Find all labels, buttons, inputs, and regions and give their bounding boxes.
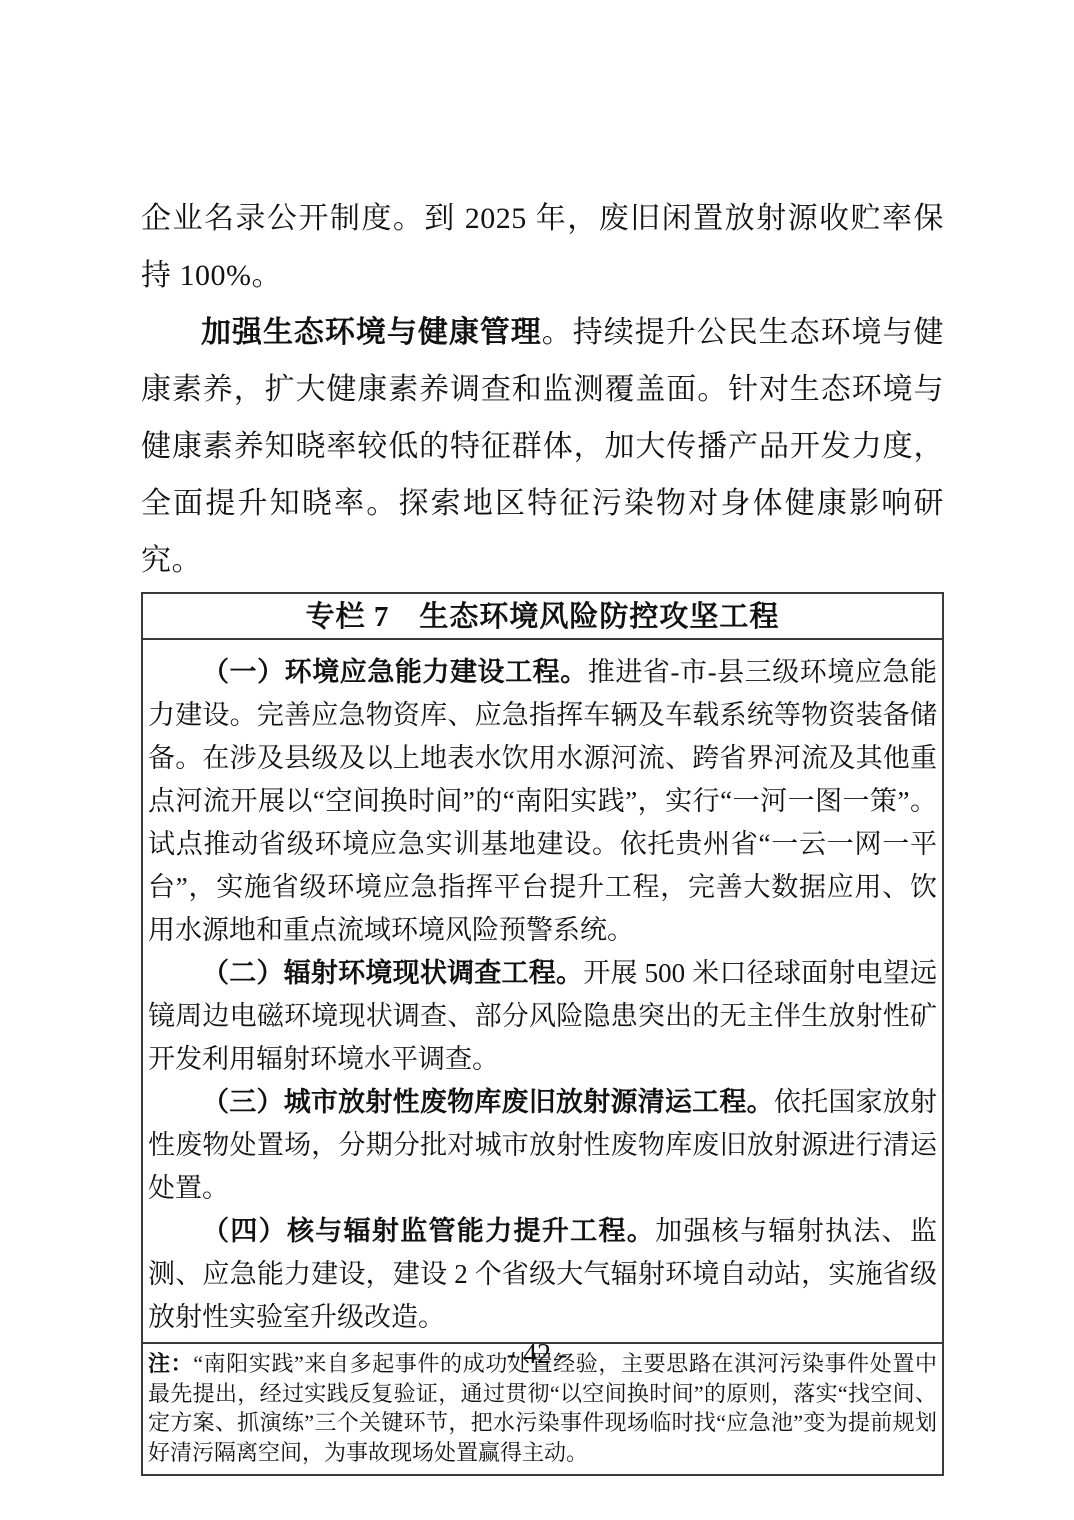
panel-item-lead: （三）城市放射性废物库废旧放射源清运工程。 bbox=[202, 1087, 774, 1117]
paragraph-bold-lead: 加强生态环境与健康管理 bbox=[201, 316, 542, 349]
panel-item-lead: （二）辐射环境现状调查工程。 bbox=[202, 958, 583, 988]
panel-item-text: 推进省-市-县三级环境应急能力建设。完善应急物资库、应急指挥车辆及车载系统等物资… bbox=[148, 657, 937, 945]
panel-title: 专栏 7 生态环境风险防控攻坚工程 bbox=[143, 594, 942, 640]
panel-item-1: （一）环境应急能力建设工程。推进省-市-县三级环境应急能力建设。完善应急物资库、… bbox=[148, 651, 937, 952]
paragraph-health-management: 加强生态环境与健康管理。持续提升公民生态环境与健康素养，扩大健康素养调查和监测覆… bbox=[141, 304, 944, 589]
panel-item-lead: （一）环境应急能力建设工程。 bbox=[202, 657, 588, 687]
page-number: - 42 - bbox=[0, 1338, 1074, 1372]
paragraph-text: 企业名录公开制度。到 2025 年，废旧闲置放射源收贮率保持 100%。 bbox=[141, 202, 944, 292]
panel-item-3: （三）城市放射性废物库废旧放射源清运工程。依托国家放射性废物处置场，分期分批对城… bbox=[148, 1081, 937, 1210]
document-body: 企业名录公开制度。到 2025 年，废旧闲置放射源收贮率保持 100%。 加强生… bbox=[141, 190, 944, 1476]
panel-item-lead: （四）核与辐射监管能力提升工程。 bbox=[202, 1216, 655, 1246]
panel-item-2: （二）辐射环境现状调查工程。开展 500 米口径球面射电望远镜周边电磁环境现状调… bbox=[148, 952, 937, 1081]
paragraph-text: 。持续提升公民生态环境与健康素养，扩大健康素养调查和监测覆盖面。针对生态环境与健… bbox=[141, 316, 944, 577]
document-page: 企业名录公开制度。到 2025 年，废旧闲置放射源收贮率保持 100%。 加强生… bbox=[0, 0, 1074, 1520]
paragraph-continuation: 企业名录公开制度。到 2025 年，废旧闲置放射源收贮率保持 100%。 bbox=[141, 190, 944, 304]
panel-body: （一）环境应急能力建设工程。推进省-市-县三级环境应急能力建设。完善应急物资库、… bbox=[143, 640, 942, 1342]
panel-item-4: （四）核与辐射监管能力提升工程。加强核与辐射执法、监测、应急能力建设，建设 2 … bbox=[148, 1210, 937, 1339]
